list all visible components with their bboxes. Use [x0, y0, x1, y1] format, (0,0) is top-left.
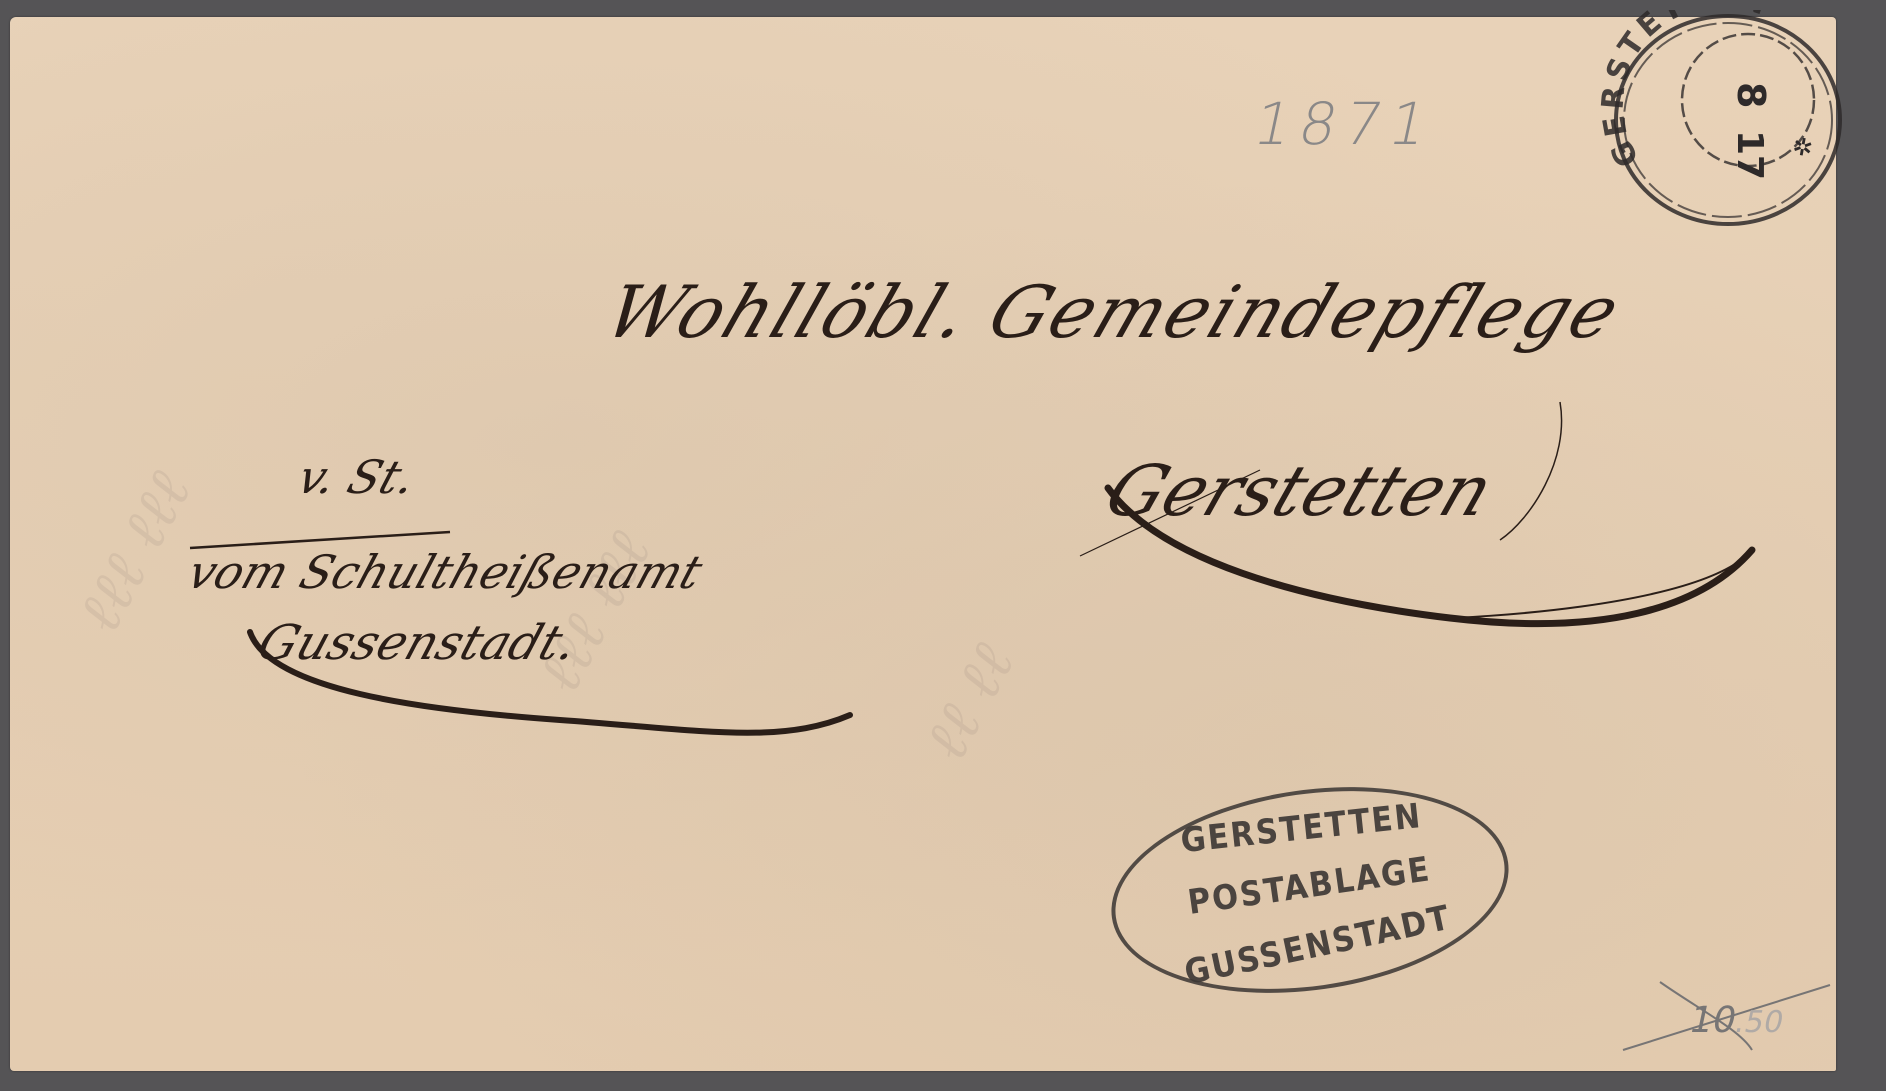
- bleed-through-script: ℓℓ ℓℓ: [911, 633, 1029, 771]
- sender-note-line-2: vom Schultheißenamt: [181, 545, 709, 599]
- svg-text:✲: ✲: [1786, 130, 1820, 163]
- pencil-year-annotation: 1871: [1248, 90, 1442, 158]
- circular-postmark: GERSTETTEN 8 17 ✲: [1588, 10, 1848, 230]
- postmark-month: 8: [1729, 82, 1773, 108]
- sender-note-line-1: v. St.: [291, 450, 423, 504]
- envelope: ℓℓℓ ℓℓℓ ℓℓℓ ℓℓℓ ℓℓ ℓℓ: [10, 17, 1836, 1071]
- address-line-1: Wohllöbl. Gemeindepflege: [595, 270, 1633, 354]
- price-cents: .50: [1732, 1005, 1787, 1040]
- pencil-price-note: 10.50: [1686, 1000, 1788, 1041]
- address-line-2: Gerstetten: [1095, 450, 1504, 532]
- sender-note-line-3: Gussenstadt.: [251, 615, 585, 671]
- bleed-through-script: ℓℓℓ ℓℓℓ: [64, 461, 205, 643]
- postmark-day: 17: [1729, 130, 1770, 180]
- postmark-ring-icon: GERSTETTEN 8 17 ✲: [1588, 10, 1848, 230]
